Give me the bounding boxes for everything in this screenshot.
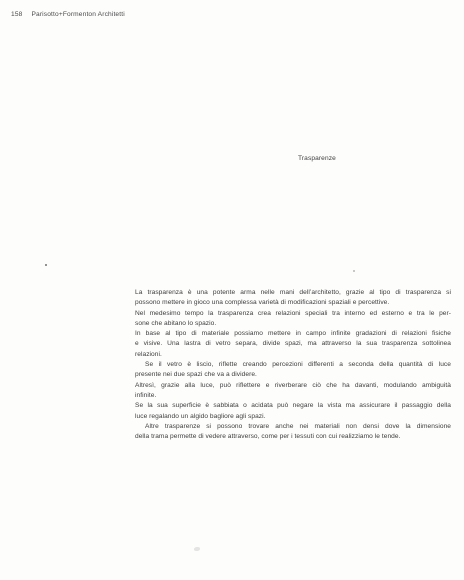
body-line: luce regalando un algido bagliore agli s… xyxy=(135,412,451,422)
body-line: Nel medesimo tempo la trasparenza crea r… xyxy=(135,309,451,319)
body-line: e visive. Una lastra di vetro separa, di… xyxy=(135,339,451,349)
book-title: Parisotto+Formenton Architetti xyxy=(31,11,124,18)
body-line: Altre trasparenze si possono trovare anc… xyxy=(135,422,451,432)
body-line: Se il vetro è liscio, riflette creando p… xyxy=(135,360,451,370)
body-line: Se la sua superficie è sabbiata o acidat… xyxy=(135,401,451,411)
page-number: 158 xyxy=(11,11,22,19)
body-line: infinite. xyxy=(135,391,451,401)
body-line: possono mettere in gioco una complessa v… xyxy=(135,298,451,308)
running-header: 158Parisotto+Formenton Architetti xyxy=(11,11,125,19)
body-line: della trama permette di vedere attravers… xyxy=(135,432,451,442)
body-line: sone che abitano lo spazio. xyxy=(135,319,451,329)
book-page: 158Parisotto+Formenton Architetti Traspa… xyxy=(0,0,464,580)
section-title: Trasparenze xyxy=(298,155,336,163)
scan-smudge xyxy=(194,547,200,551)
body-line: Altresì, grazie alla luce, può rifletter… xyxy=(135,381,451,391)
print-speck xyxy=(45,264,47,266)
body-line: relazioni. xyxy=(135,350,451,360)
body-line: In base al tipo di materiale possiamo me… xyxy=(135,329,451,339)
body-line: presente nei due spazi che va a dividere… xyxy=(135,370,451,380)
print-speck xyxy=(353,270,355,272)
body-text: La trasparenza è una potente arma nelle … xyxy=(135,288,451,442)
body-line: La trasparenza è una potente arma nelle … xyxy=(135,288,451,298)
